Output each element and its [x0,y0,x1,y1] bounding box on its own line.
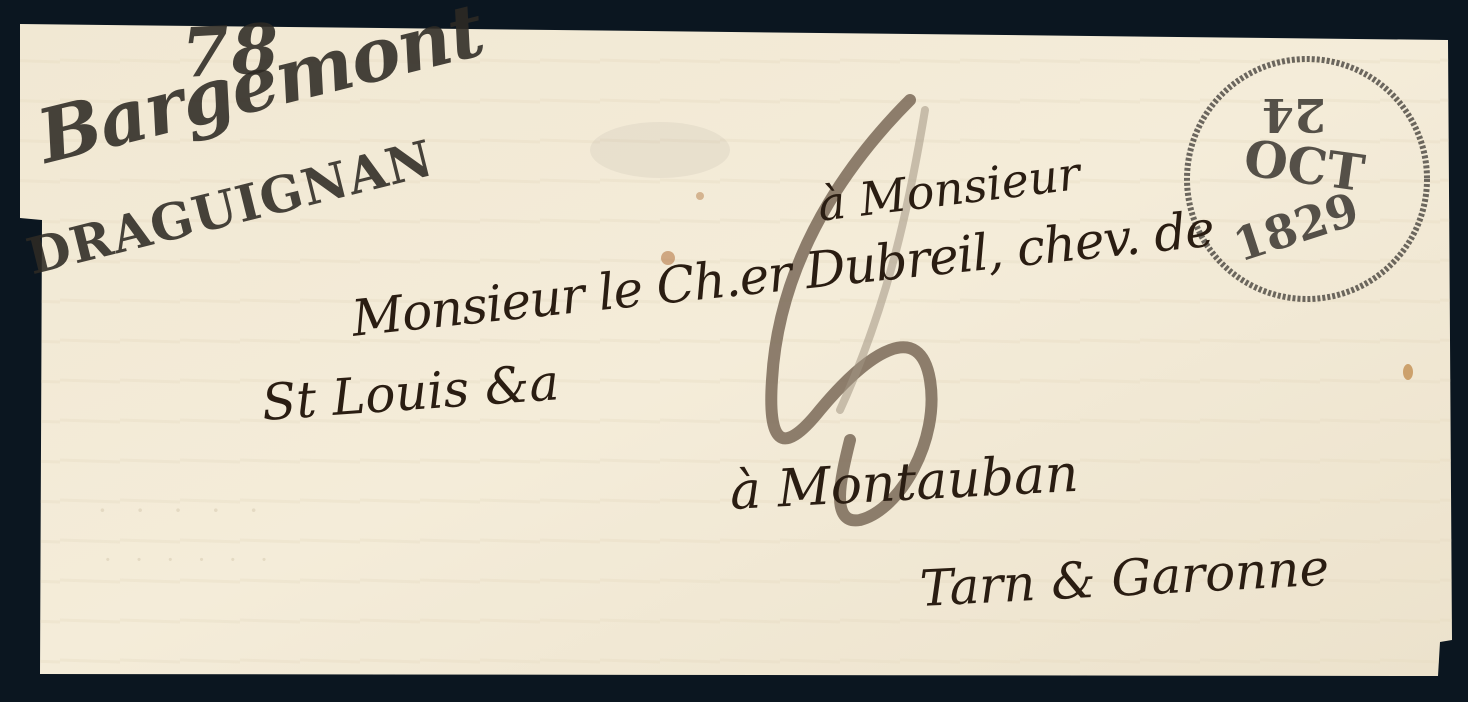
folded-letter: 78 Bargemont DRAGUIGNAN 24 OCT 1829 à Mo… [0,0,1468,702]
letter-photo: 78 Bargemont DRAGUIGNAN 24 OCT 1829 à Mo… [0,0,1468,702]
show-through-text: · · · · · · [104,546,276,574]
show-through-text: · · · · · [98,494,268,527]
